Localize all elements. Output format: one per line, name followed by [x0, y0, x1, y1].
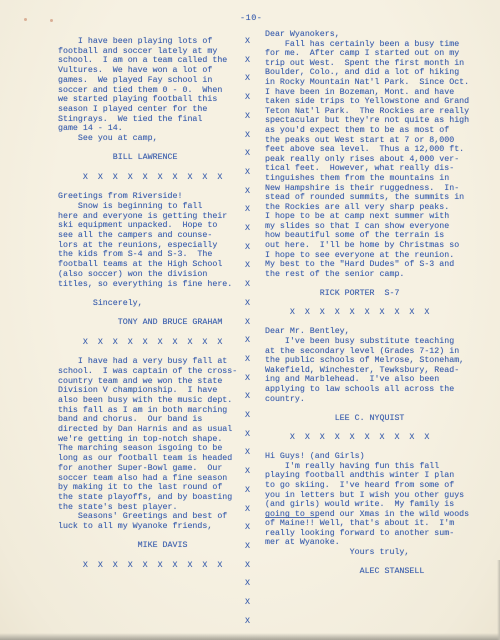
signature-tony-bruce-graham: TONY AND BRUCE GRAHAM: [58, 318, 237, 328]
letter-lee-nyquist-body: Dear Mr. Bentley, I've been busy substit…: [265, 327, 469, 404]
x-separator-row-1: X X X X X X X X X X: [58, 173, 237, 183]
letter-rick-porter-body: Dear Wyanokers, Fall has certainly been …: [265, 30, 469, 279]
letter-mike-davis-body: I have had a very busy fall at school. I…: [58, 357, 237, 532]
signature-lee-nyquist: LEE C. NYQUIST: [265, 414, 469, 424]
paper-mark-dot: [50, 19, 53, 22]
newsletter-page: -10- I have been playing lots of footbal…: [0, 0, 500, 640]
x-separator-row-2: X X X X X X X X X X: [58, 338, 237, 348]
typed-underline-and-girls: [265, 517, 319, 518]
letter-alec-stansell-body: Hi Guys! (and Girls) I'm really having f…: [265, 452, 469, 558]
letter-graham-body: Greetings from Riverside! Snow is beginn…: [58, 192, 237, 289]
paper-mark-dot: [24, 18, 27, 21]
left-column: I have been playing lots of football and…: [58, 37, 237, 571]
signature-alec-stansell: ALEC STANSELL: [265, 567, 469, 577]
right-column: Dear Wyanokers, Fall has certainly been …: [265, 30, 469, 577]
x-separator-row-3: X X X X X X X X X X: [58, 561, 237, 571]
signature-rick-porter: RICK PORTER S-7: [265, 289, 469, 299]
x-separator-column: X X X X X X X X X X X X X X X X X X X X …: [245, 33, 250, 632]
letter-bill-lawrence-body: I have been playing lots of football and…: [58, 37, 237, 144]
closing-sincerely: Sincerely,: [58, 299, 237, 309]
page-number: -10-: [240, 13, 262, 23]
signature-bill-lawrence: BILL LAWRENCE: [58, 153, 237, 163]
signature-mike-davis: MIKE DAVIS: [58, 541, 237, 551]
x-separator-row-5: X X X X X X X X X X: [265, 433, 469, 443]
scan-edge-bottom: [0, 633, 500, 640]
x-separator-row-4: X X X X X X X X X X: [265, 308, 469, 318]
